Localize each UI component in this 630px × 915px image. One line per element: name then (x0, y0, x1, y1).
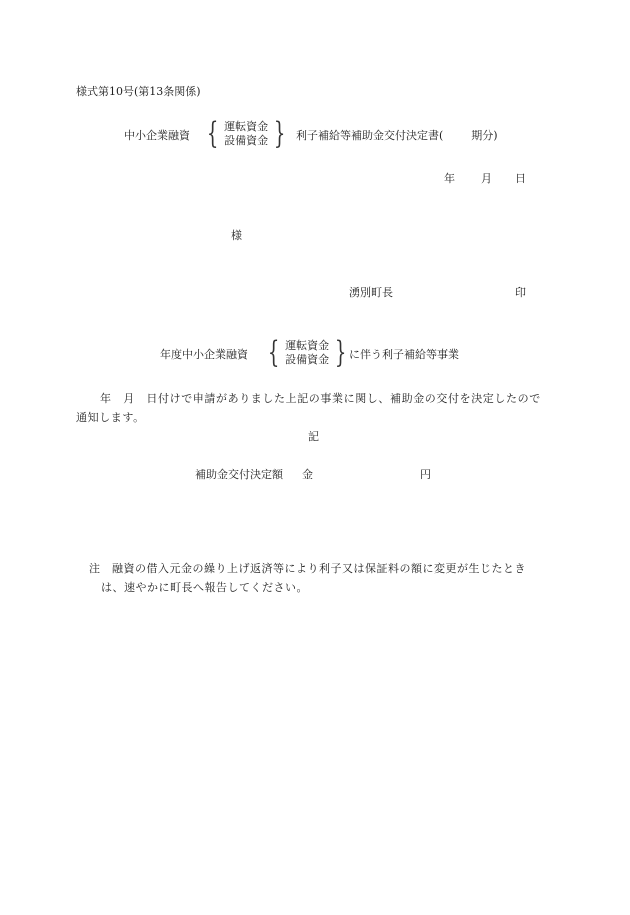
note-block: 注 融資の借入元金の繰り上げ返済等により利子又は保証料の額に変更が生じたとき は… (89, 559, 559, 597)
issuer-name: 湧別町長 (349, 286, 393, 300)
period-suffix: 期分) (471, 129, 497, 142)
form-number: 様式第10号(第13条関係) (76, 85, 201, 99)
subject-suffix: に伴う利子補給等事業 (349, 348, 459, 362)
body-line-1: 年 月 日付けで申請がありました上記の事業に関し、補助金の交付を決定したので (76, 389, 556, 408)
date-day: 日 (515, 172, 526, 186)
amount-currency-prefix: 金 (302, 468, 313, 482)
title-prefix: 中小企業融資 (124, 129, 190, 143)
note-line-2: は、速やかに町長へ報告してください。 (89, 578, 559, 597)
seal-mark: 印 (515, 286, 526, 300)
body-line-2: 通知します。 (76, 408, 556, 427)
left-brace-icon: { (207, 119, 218, 149)
fund-option-operating: 運転資金 (224, 120, 268, 134)
subject-prefix: 年度中小企業融資 (160, 348, 248, 362)
subject-fund-type-group: { 運転資金 設備資金 } (264, 338, 350, 368)
body-paragraph: 年 月 日付けで申請がありました上記の事業に関し、補助金の交付を決定したので 通… (76, 389, 556, 427)
title-main-text: 利子補給等補助金交付決定書( (296, 129, 443, 142)
date-month: 月 (481, 172, 492, 186)
title-suffix: 利子補給等補助金交付決定書(期分) (296, 129, 498, 143)
fund-option-operating: 運転資金 (285, 339, 329, 353)
right-brace-icon: } (274, 119, 285, 149)
date-year: 年 (444, 172, 455, 186)
ki-heading: 記 (308, 430, 319, 444)
note-line-1: 注 融資の借入元金の繰り上げ返済等により利子又は保証料の額に変更が生じたとき (89, 559, 559, 578)
addressee-honorific: 様 (231, 229, 242, 243)
title-fund-type-group: { 運転資金 設備資金 } (203, 119, 289, 149)
left-brace-icon: { (268, 338, 279, 368)
fund-option-equipment: 設備資金 (285, 353, 329, 367)
amount-label: 補助金交付決定額 (195, 468, 283, 482)
amount-unit: 円 (420, 468, 431, 482)
fund-option-equipment: 設備資金 (224, 134, 268, 148)
right-brace-icon: } (335, 338, 346, 368)
